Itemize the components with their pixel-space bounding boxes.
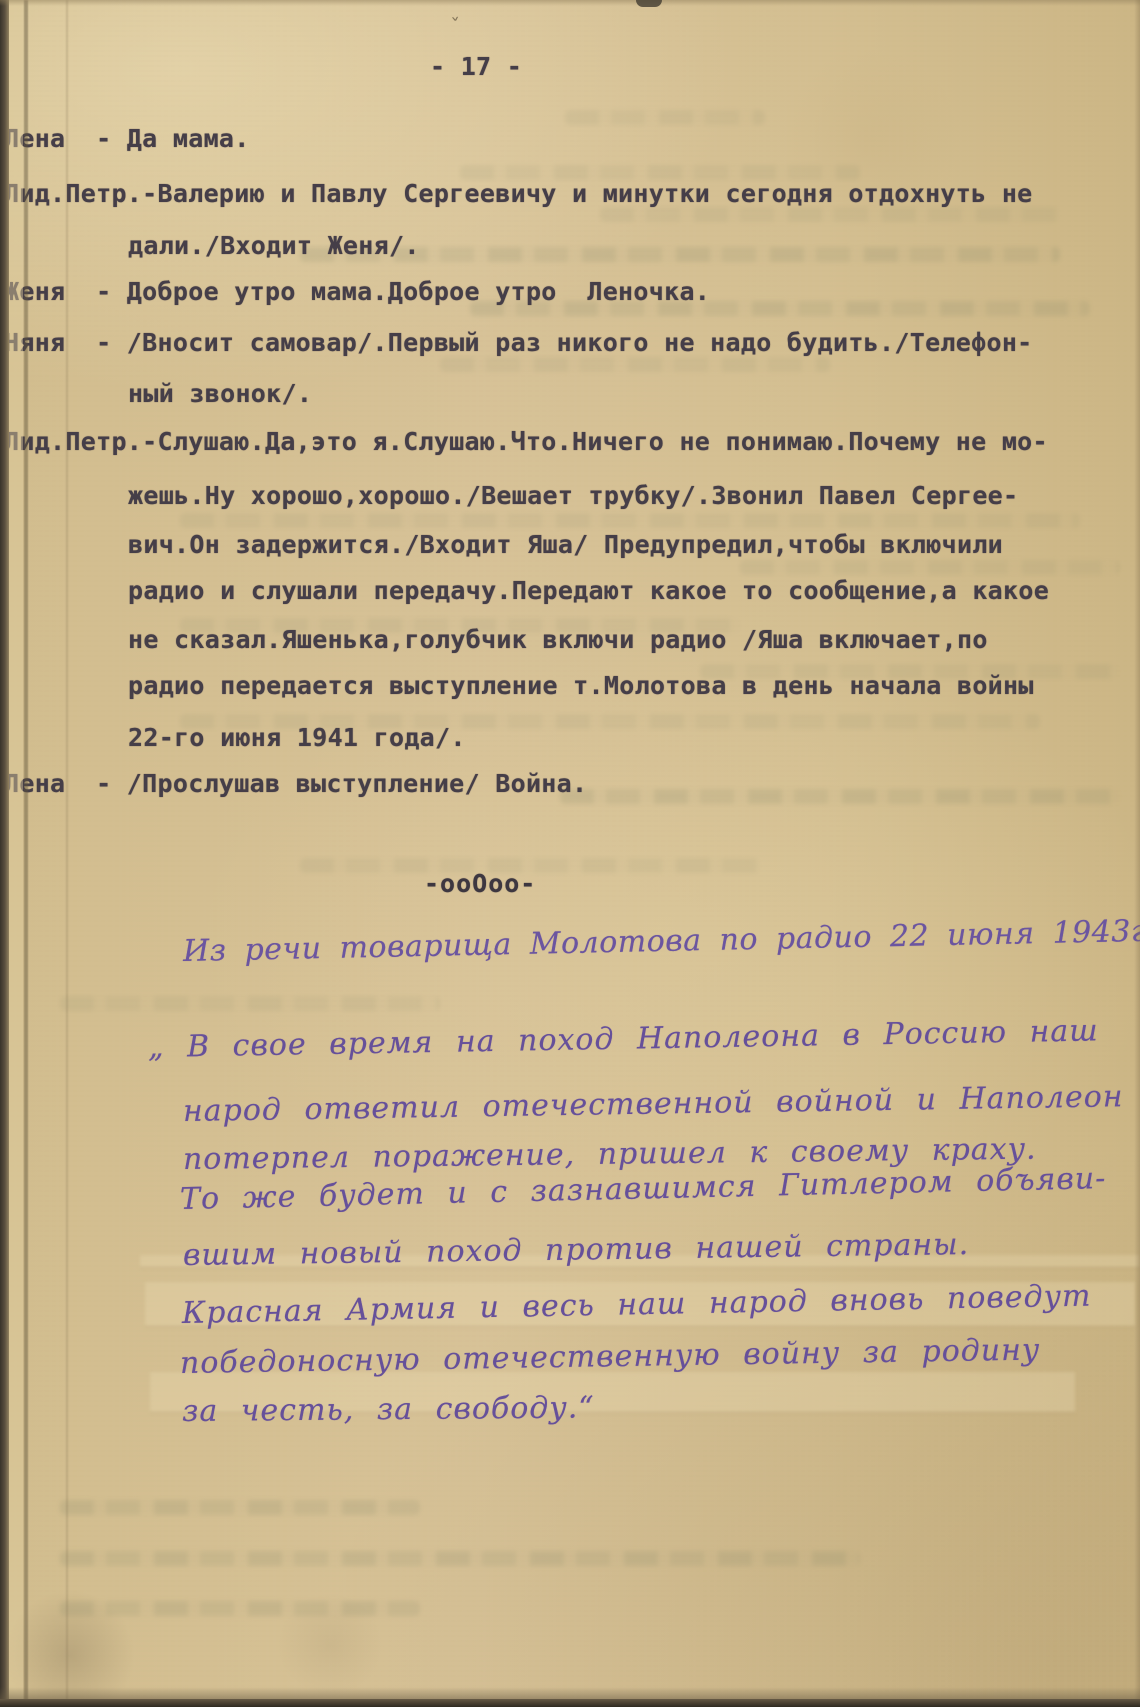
handwritten-line: „ В свое время на поход Наполеона в Росс… <box>148 1015 1099 1064</box>
typed-line: радио передается выступление т.Молотова … <box>128 672 1034 699</box>
page-number: - 17 - <box>430 53 522 80</box>
bleedthrough-smudge <box>60 1551 860 1566</box>
typed-line: Женя - Доброе утро мама.Доброе утро Лено… <box>4 278 710 305</box>
typed-line: Няня - /Вносит самовар/.Первый раз никог… <box>4 329 1033 356</box>
bleedthrough-smudge <box>60 1500 420 1515</box>
bleedthrough-smudge <box>560 789 1120 804</box>
typed-line: не сказал.Яшенька,голубчик включи радио … <box>128 626 988 653</box>
scanned-document-page: - 17 - ˇ Лена - Да мама.Лид.Петр.-Валери… <box>0 0 1140 1707</box>
bleedthrough-smudge <box>180 513 1080 528</box>
scan-edge-bottom-shadow <box>0 1687 1140 1699</box>
handwritten-line: за честь, за свободу.“ <box>182 1392 595 1428</box>
typed-line: ный звонок/. <box>128 380 312 407</box>
handwritten-line: победоносную отечественную войну за роди… <box>180 1334 1041 1380</box>
typed-line: вич.Он задержится./Входит Яша/ Предупред… <box>128 531 1003 558</box>
handwritten-line: вшим новый поход против нашей страны. <box>183 1229 970 1272</box>
handwritten-line: народ ответил отечественной войной и Нап… <box>183 1081 1124 1128</box>
bleedthrough-smudge <box>440 357 830 372</box>
section-divider: -ооОоо- <box>424 870 536 897</box>
handwritten-line: Красная Армия и весь наш народ вновь пов… <box>182 1281 1092 1330</box>
scan-notch-top <box>636 0 662 7</box>
typed-line: Лена - /Прослушав выступление/ Война. <box>4 770 587 797</box>
pencil-tick-mark: ˇ <box>450 14 462 39</box>
paper-crease-left <box>66 0 68 1707</box>
scan-edge-left-band <box>9 0 23 1707</box>
typed-line: 22-го июня 1941 года/. <box>128 724 466 751</box>
typed-line: Лид.Петр.-Валерию и Павлу Сергеевичу и м… <box>4 180 1033 207</box>
typed-line: жешь.Ну хорошо,хорошо./Вешает трубку/.Зв… <box>128 482 1018 509</box>
typed-line: дали./Входит Женя/. <box>128 232 420 259</box>
bleedthrough-smudge <box>740 560 1120 575</box>
scan-edge-right <box>1134 0 1140 1707</box>
scan-edge-top <box>0 0 1140 6</box>
typed-line: радио и слушали передачу.Передают какое … <box>128 577 1049 604</box>
bleedthrough-smudge <box>565 110 765 125</box>
bleedthrough-smudge <box>60 996 440 1011</box>
bleedthrough-smudge <box>60 1601 420 1616</box>
bleedthrough-smudge <box>460 165 860 180</box>
bleedthrough-smudge <box>600 207 1060 222</box>
handwritten-heading: Из речи товарища Молотова по радио 22 ию… <box>183 916 1140 968</box>
typed-line: Лена - Да мама. <box>4 125 250 152</box>
scan-edge-left <box>0 0 9 1707</box>
scan-edge-bottom <box>0 1699 1140 1707</box>
typed-line: Лид.Петр.-Слушаю.Да,это я.Слушаю.Что.Нич… <box>4 428 1048 455</box>
scan-edge-left-line <box>24 0 28 1707</box>
